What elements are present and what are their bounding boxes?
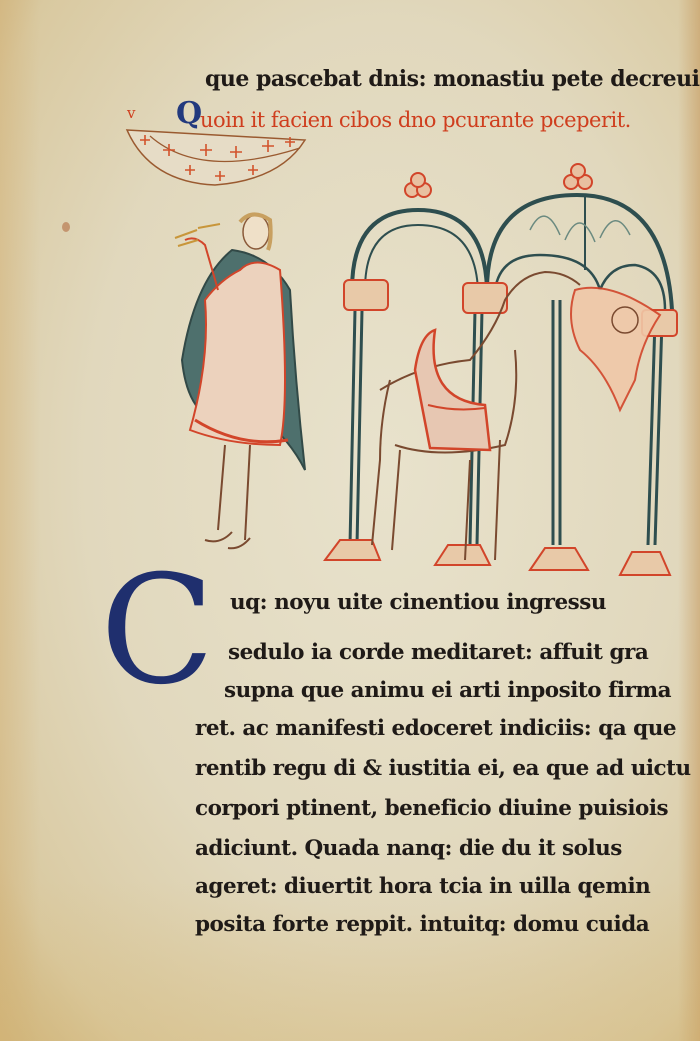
body-line: sedulo ia corde meditaret: affuit gra xyxy=(228,640,648,665)
body-line: adiciunt. Quada nanq: die du it solus xyxy=(195,836,622,861)
body-line: ageret: diuertit hora tcia in uilla qemi… xyxy=(195,874,650,899)
heaven-arc-icon xyxy=(127,130,305,185)
body-line: posita forte reppit. intuitq: domu cuida xyxy=(195,912,649,937)
cloth-drape-icon xyxy=(571,288,660,410)
body-line: uq: noyu uite cinentiou ingressu xyxy=(230,590,606,615)
praying-figure-icon xyxy=(175,214,305,548)
body-line: ret. ac manifesti edoceret indiciis: qa … xyxy=(195,716,676,741)
body-line: corpori ptinent, beneficio diuine puisio… xyxy=(195,796,668,821)
body-line: supna que animu ei arti inposito firma xyxy=(224,678,671,703)
body-line: rentib regu di & iustitia ei, ea que ad … xyxy=(195,756,691,781)
body-initial: C xyxy=(100,556,215,706)
